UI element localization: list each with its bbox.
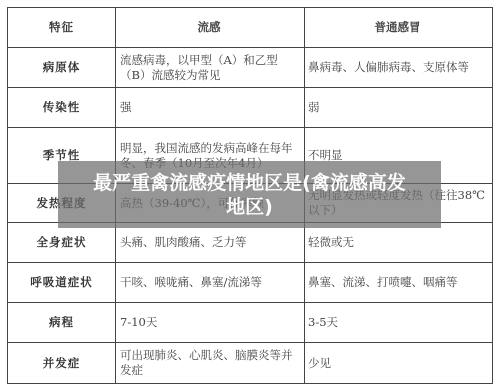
row-cold-value: 轻微或无 xyxy=(305,223,492,262)
table-row: 并发症 可出现肺炎、心肌炎、脑膜炎等并发症 少见 xyxy=(8,343,492,383)
row-feature: 并发症 xyxy=(8,343,116,383)
table-row: 病原体 流感病毒，以甲型（A）和乙型（B）流感较为常见 鼻病毒、人偏肺病毒、支原… xyxy=(8,48,492,88)
header-cold: 普通感冒 xyxy=(305,8,492,47)
row-flu-value: 头痛、肌肉酸痛、乏力等 xyxy=(116,223,305,262)
row-feature: 病原体 xyxy=(8,48,116,87)
row-flu-value: 干咳、喉咙痛、鼻塞/流涕等 xyxy=(116,263,305,302)
row-cold-value: 弱 xyxy=(305,88,492,127)
table-row: 呼吸道症状 干咳、喉咙痛、鼻塞/流涕等 鼻塞、流涕、打喷嚏、咽痛等 xyxy=(8,263,492,303)
row-flu-value: 强 xyxy=(116,88,305,127)
table-row: 病程 7-10天 3-5天 xyxy=(8,303,492,343)
header-feature: 特征 xyxy=(8,8,116,47)
header-flu: 流感 xyxy=(116,8,305,47)
overlay-title-line1: 最严重禽流感疫情地区是(禽流感高发 xyxy=(93,171,406,195)
row-flu-value: 7-10天 xyxy=(116,303,305,342)
row-flu-value: 流感病毒，以甲型（A）和乙型（B）流感较为常见 xyxy=(116,48,305,87)
row-feature: 病程 xyxy=(8,303,116,342)
overlay-title-line2: 地区) xyxy=(226,195,273,219)
article-title-overlay: 最严重禽流感疫情地区是(禽流感高发 地区) xyxy=(58,161,441,228)
row-feature: 传染性 xyxy=(8,88,116,127)
row-cold-value: 3-5天 xyxy=(305,303,492,342)
row-flu-value: 可出现肺炎、心肌炎、脑膜炎等并发症 xyxy=(116,343,305,383)
table-header-row: 特征 流感 普通感冒 xyxy=(8,8,492,48)
table-row: 传染性 强 弱 xyxy=(8,88,492,128)
table-row: 全身症状 头痛、肌肉酸痛、乏力等 轻微或无 xyxy=(8,223,492,263)
row-feature: 全身症状 xyxy=(8,223,116,262)
row-cold-value: 鼻病毒、人偏肺病毒、支原体等 xyxy=(305,48,492,87)
row-cold-value: 少见 xyxy=(305,343,492,383)
row-feature: 呼吸道症状 xyxy=(8,263,116,302)
row-cold-value: 鼻塞、流涕、打喷嚏、咽痛等 xyxy=(305,263,492,302)
